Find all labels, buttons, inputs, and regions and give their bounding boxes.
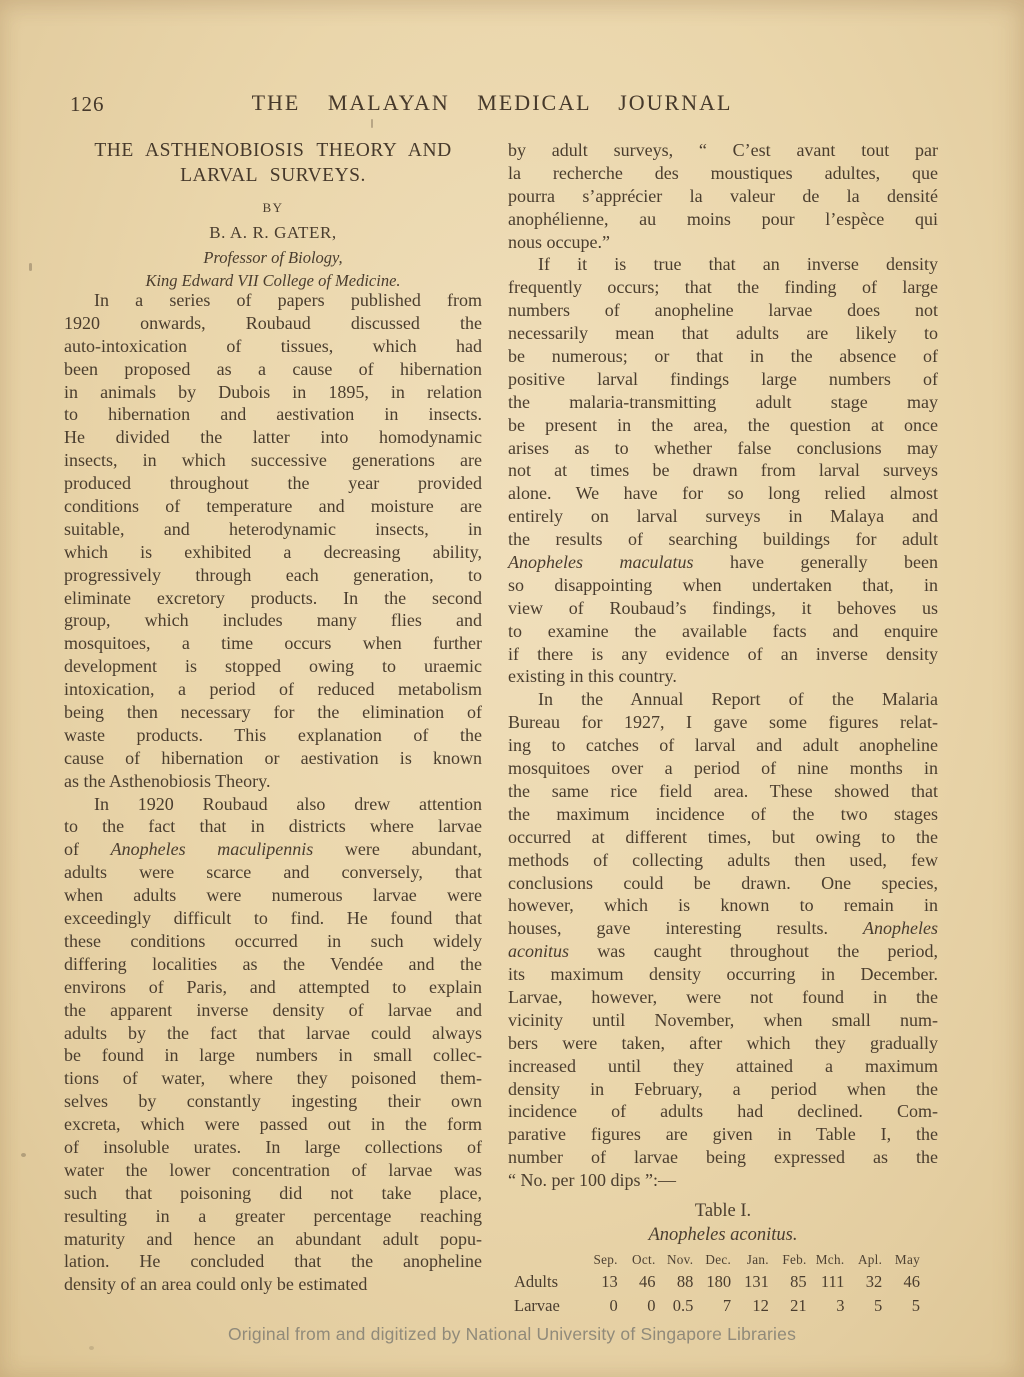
text-line: being then necessary for the elimination… [64,701,482,724]
text-line: density in February, a period when the [508,1078,938,1101]
table-month-header: Dec. [693,1250,731,1270]
table-value-cell: 12 [731,1294,769,1319]
byline-by-label: BY [64,200,482,216]
scanned-journal-page: 126 THE MALAYAN MEDICAL JOURNAL THE ASTH… [0,0,1024,1377]
text-line: as the Asthenobiosis Theory. [64,770,482,793]
scan-speck [29,263,32,271]
table-value-cell: 88 [656,1270,694,1295]
scan-speck [21,1153,26,1157]
text-line: If it is true that an inverse density [508,253,938,276]
scan-speck [89,1346,94,1350]
article-title-line1: THE ASTHENOBIOSIS THEORY AND [64,138,482,163]
digitization-footer: Original from and digitized by National … [0,1324,1024,1345]
text-line: 1920 onwards, Roubaud discussed the [64,312,482,335]
text-line: of Anopheles maculipennis were abundant, [64,838,482,861]
text-line: existing in this country. [508,665,938,688]
right-column: by adult surveys, “ C’est avant tout par… [508,139,938,1319]
table-grid: Sep.Oct.Nov.Dec.Jan.Feb.Mch.Apl.MayAdult… [514,1250,920,1319]
table-value-cell: 3 [807,1294,845,1319]
text-line: Anopheles maculatus have generally been [508,551,938,574]
text-line: these conditions occurred in such widely [64,930,482,953]
table-caption: Table I. [508,1200,938,1223]
text-line: to the fact that in districts where larv… [64,815,482,838]
text-line: number of larvae being expressed as the [508,1146,938,1169]
text-line: be found in large numbers in small colle… [64,1044,482,1067]
text-line: pourra s’apprécier la valeur de la densi… [508,185,938,208]
paragraph: by adult surveys, “ C’est avant tout par… [508,139,938,253]
text-line: such that poisoning did not take place, [64,1182,482,1205]
table-month-header: Nov. [656,1250,694,1270]
table-value-cell: 0.5 [656,1294,694,1319]
journal-title: THE MALAYAN MEDICAL JOURNAL [0,90,984,116]
table-month-header: Mch. [807,1250,845,1270]
text-line: adults were scarce and conversely, that [64,861,482,884]
table-row-label: Adults [514,1270,580,1295]
text-line: cause of hibernation or aestivation is k… [64,747,482,770]
text-line: water the lower concentration of larvae … [64,1159,482,1182]
scan-speck [371,119,373,128]
text-line: entirely on larval surveys in Malaya and [508,505,938,528]
text-line: to hibernation and aestivation in insect… [64,403,482,426]
table-value-cell: 85 [769,1270,807,1295]
text-line: vicinity until November, when small num- [508,1009,938,1032]
table-value-cell: 46 [618,1270,656,1295]
right-column-text: by adult surveys, “ C’est avant tout par… [508,139,938,1192]
text-line: houses, gave interesting results. Anophe… [508,917,938,940]
text-line: if there is any evidence of an inverse d… [508,643,938,666]
author-name: B. A. R. GATER, [64,223,482,243]
left-column: In a series of papers published from1920… [64,289,482,1296]
table-value-cell: 111 [807,1270,845,1295]
text-line: increased until they attained a maximum [508,1055,938,1078]
author-title: Professor of Biology, [64,248,482,268]
paragraph: If it is true that an inverse densityfre… [508,253,938,688]
text-line: eliminate excretory products. In the sec… [64,587,482,610]
text-line: which is exhibited a decreasing ability, [64,541,482,564]
table-value-cell: 5 [882,1294,920,1319]
text-line: frequently occurs; that the finding of l… [508,276,938,299]
text-line: In 1920 Roubaud also drew attention [64,793,482,816]
text-line: necessarily mean that adults are likely … [508,322,938,345]
table-month-header: Feb. [769,1250,807,1270]
table-value-cell: 7 [693,1294,731,1319]
text-line: insects, in which successive generations… [64,449,482,472]
text-line: group, which includes many flies and [64,609,482,632]
text-line: resulting in a greater percentage reachi… [64,1205,482,1228]
table-month-header: Sep. [580,1250,618,1270]
paragraph: In 1920 Roubaud also drew attentionto th… [64,793,482,1297]
text-line: aconitus was caught throughout the perio… [508,940,938,963]
table-1-block: Table I. Anopheles aconitus. Sep.Oct.Nov… [508,1200,938,1319]
table-value-cell: 0 [618,1294,656,1319]
text-line: auto-intoxication of tissues, which had [64,335,482,358]
text-line: In the Annual Report of the Malaria [508,688,938,711]
text-line: la recherche des moustiques adultes, que [508,162,938,185]
text-line: anophélienne, au moins pour l’espèce qui [508,208,938,231]
author-institution: King Edward VII College of Medicine. [64,271,482,291]
text-line: parative figures are given in Table I, t… [508,1123,938,1146]
text-line: lation. He concluded that the anopheline [64,1250,482,1273]
text-line: nous occupe.” [508,231,938,254]
text-line: the same rice field area. These showed t… [508,780,938,803]
text-line: the maximum incidence of the two stages [508,803,938,826]
text-line: ing to catches of larval and adult anoph… [508,734,938,757]
text-line: mosquitoes, a time occurs when further [64,632,482,655]
text-line: be present in the area, the question at … [508,414,938,437]
text-line: adults by the fact that larvae could alw… [64,1022,482,1045]
table-value-cell: 32 [844,1270,882,1295]
text-line: be numerous; or that in the absence of [508,345,938,368]
table-value-cell: 180 [693,1270,731,1295]
text-line: positive larval findings large numbers o… [508,368,938,391]
text-line: differing localities as the Vendée and t… [64,953,482,976]
text-line: view of Roubaud’s findings, it behoves u… [508,597,938,620]
text-line: density of an area could only be estimat… [64,1273,482,1296]
table-value-cell: 46 [882,1270,920,1295]
text-line: Bureau for 1927, I gave some figures rel… [508,711,938,734]
text-line: conclusions could be drawn. One species, [508,872,938,895]
text-line: in animals by Dubois in 1895, in relatio… [64,381,482,404]
text-line: maturity and hence an abundant adult pop… [64,1228,482,1251]
text-line: by adult surveys, “ C’est avant tout par [508,139,938,162]
text-line: numbers of anopheline larvae does not [508,299,938,322]
table-month-header: May [882,1250,920,1270]
article-header: THE ASTHENOBIOSIS THEORY AND LARVAL SURV… [64,138,482,291]
table-value-cell: 131 [731,1270,769,1295]
table-species-subcaption: Anopheles aconitus. [508,1223,938,1247]
table-value-cell: 13 [580,1270,618,1295]
text-line: He divided the latter into homodynamic [64,426,482,449]
text-line: when adults were numerous larvae were [64,884,482,907]
text-line: mosquitoes over a period of nine months … [508,757,938,780]
text-line: selves by constantly ingesting their own [64,1090,482,1113]
text-line: arises as to whether false conclusions m… [508,437,938,460]
table-value-cell: 21 [769,1294,807,1319]
text-line: the results of searching buildings for a… [508,528,938,551]
text-line: however, which is known to remain in [508,894,938,917]
table-value-cell: 0 [580,1294,618,1319]
text-line: its maximum density occurring in Decembe… [508,963,938,986]
table-month-header: Apl. [844,1250,882,1270]
text-line: Larvae, however, were not found in the [508,986,938,1009]
text-line: progressively through each generation, t… [64,564,482,587]
text-line: of insoluble urates. In large collection… [64,1136,482,1159]
article-title-line2: LARVAL SURVEYS. [64,163,482,188]
table-corner-cell [514,1250,580,1270]
paragraph: In a series of papers published from1920… [64,289,482,793]
text-line: conditions of temperature and moisture a… [64,495,482,518]
text-line: environs of Paris, and attempted to expl… [64,976,482,999]
table-month-header: Jan. [731,1250,769,1270]
text-line: exceedingly difficult to find. He found … [64,907,482,930]
text-line: waste products. This explanation of the [64,724,482,747]
table-value-cell: 5 [844,1294,882,1319]
article-title: THE ASTHENOBIOSIS THEORY AND LARVAL SURV… [64,138,482,188]
text-line: not at times be drawn from larval survey… [508,459,938,482]
text-line: “ No. per 100 dips ”:— [508,1169,938,1192]
text-line: development is stopped owing to uraemic [64,655,482,678]
text-line: tions of water, where they poisoned them… [64,1067,482,1090]
text-line: to examine the available facts and enqui… [508,620,938,643]
text-line: produced throughout the year provided [64,472,482,495]
text-line: In a series of papers published from [64,289,482,312]
paragraph: In the Annual Report of the MalariaBurea… [508,688,938,1192]
text-line: suitable, and heterodynamic insects, in [64,518,482,541]
text-line: excreta, which were passed out in the fo… [64,1113,482,1136]
text-line: alone. We have for so long relied almost [508,482,938,505]
text-line: so disappointing when undertaken that, i… [508,574,938,597]
table-row-label: Larvae [514,1294,580,1319]
text-line: occurred at different times, but owing t… [508,826,938,849]
table-month-header: Oct. [618,1250,656,1270]
text-line: incidence of adults had declined. Com- [508,1100,938,1123]
text-line: intoxication, a period of reduced metabo… [64,678,482,701]
text-line: bers were taken, after which they gradua… [508,1032,938,1055]
text-line: the malaria-transmitting adult stage may [508,391,938,414]
text-line: the apparent inverse density of larvae a… [64,999,482,1022]
text-line: been proposed as a cause of hibernation [64,358,482,381]
text-line: methods of collecting adults then used, … [508,849,938,872]
